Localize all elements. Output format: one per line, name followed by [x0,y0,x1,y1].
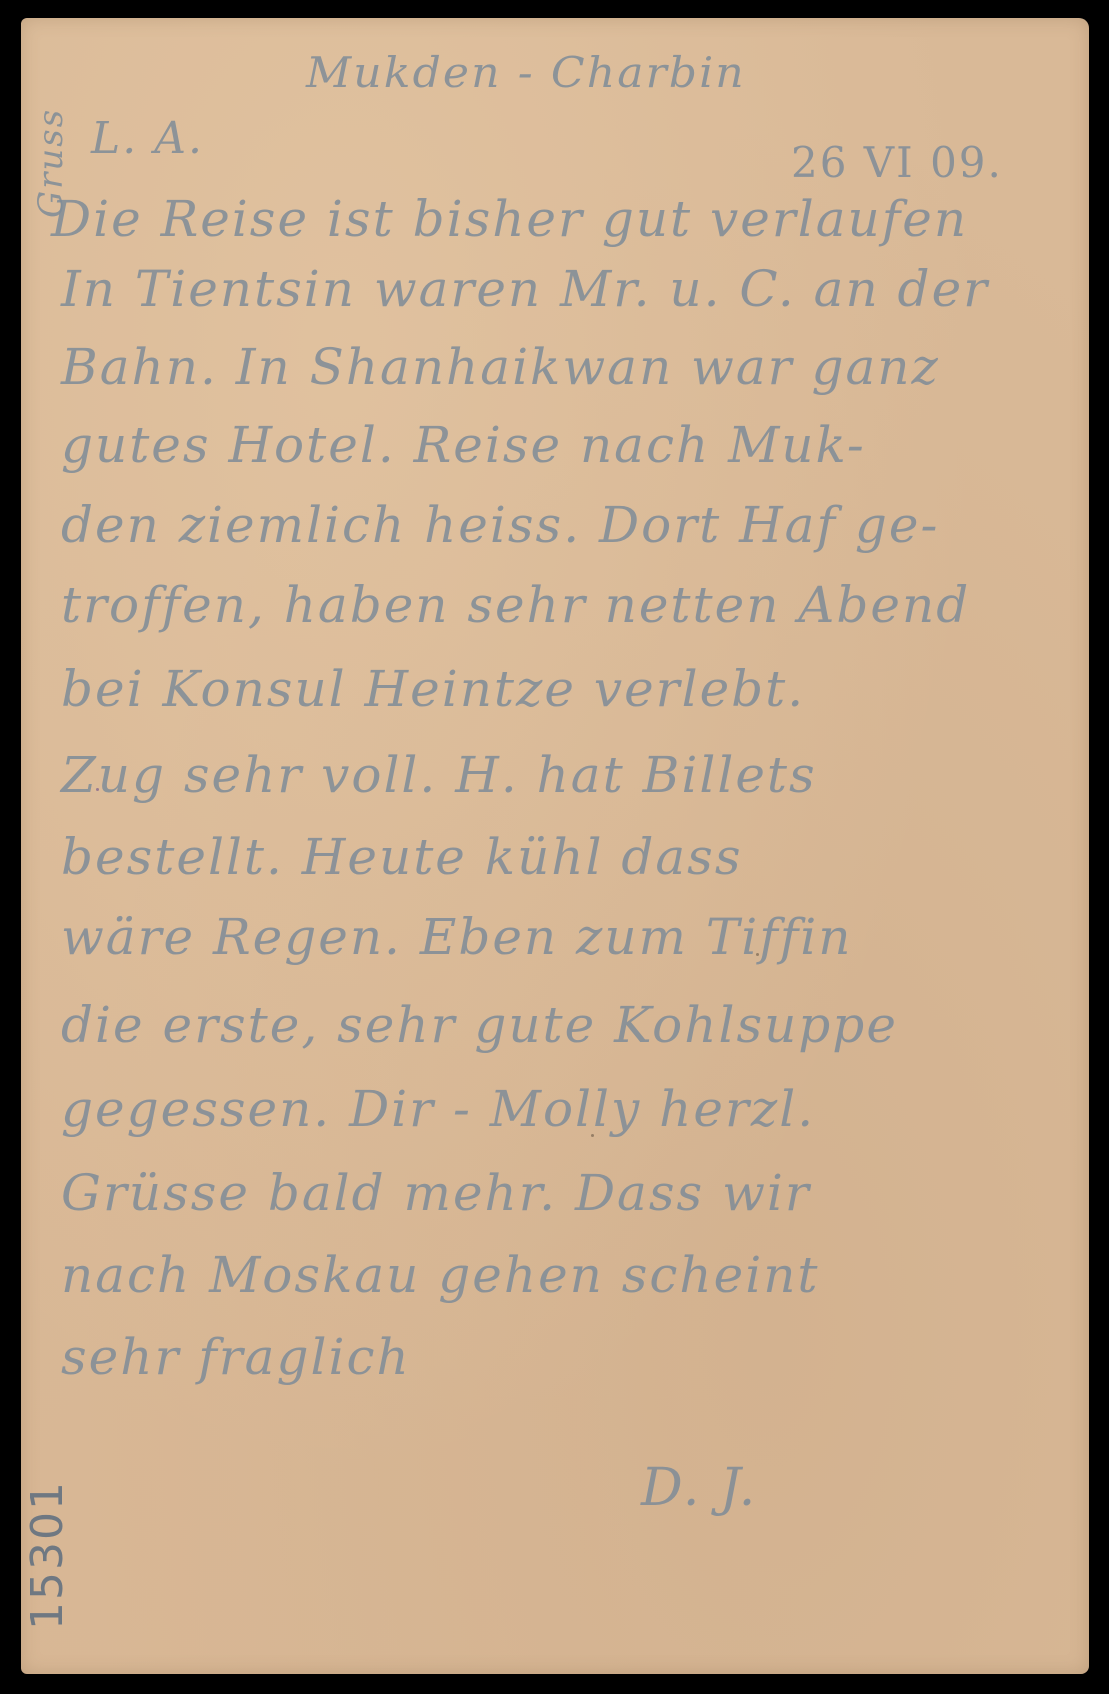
text-line-2: In Tientsin waren Mr. u. C. an der [61,260,989,318]
text-line-5: den ziemlich heiss. Dort Haf ge- [61,496,939,554]
archive-number: 15301 [22,1480,73,1630]
text-line-10: wäre Regen. Eben zum Tiffin [61,908,852,966]
paper-speck [756,953,759,956]
salutation: L. A. [91,113,204,164]
text-line-11: die erste, sehr gute Kohlsuppe [61,996,898,1054]
text-line-14: nach Moskau gehen scheint [61,1246,820,1304]
postcard: Mukden - Charbin L. A. 26 VI 09. Gruss D… [21,18,1089,1674]
text-line-13: Grüsse bald mehr. Dass wir [61,1164,811,1222]
text-line-3: Bahn. In Shanhaikwan war ganz [61,338,940,396]
text-line-6: troffen, haben sehr netten Abend [61,576,970,634]
text-line-9: bestellt. Heute kühl dass [61,828,743,886]
ink-dot [96,788,99,791]
text-line-1: Die Reise ist bisher gut verlaufen [51,190,968,248]
text-line-15: sehr fraglich [61,1328,411,1386]
text-line-4: gutes Hotel. Reise nach Muk- [61,416,866,474]
text-line-12: gegessen. Dir - Molly herzl. [61,1080,815,1138]
text-line-8: Zug sehr voll. H. hat Billets [61,746,817,804]
date: 26 VI 09. [791,138,1003,187]
place-heading: Mukden - Charbin [306,48,746,97]
text-line-7: bei Konsul Heintze verlebt. [61,660,805,718]
signature: D. J. [641,1458,757,1518]
paper-speck [591,1134,594,1137]
